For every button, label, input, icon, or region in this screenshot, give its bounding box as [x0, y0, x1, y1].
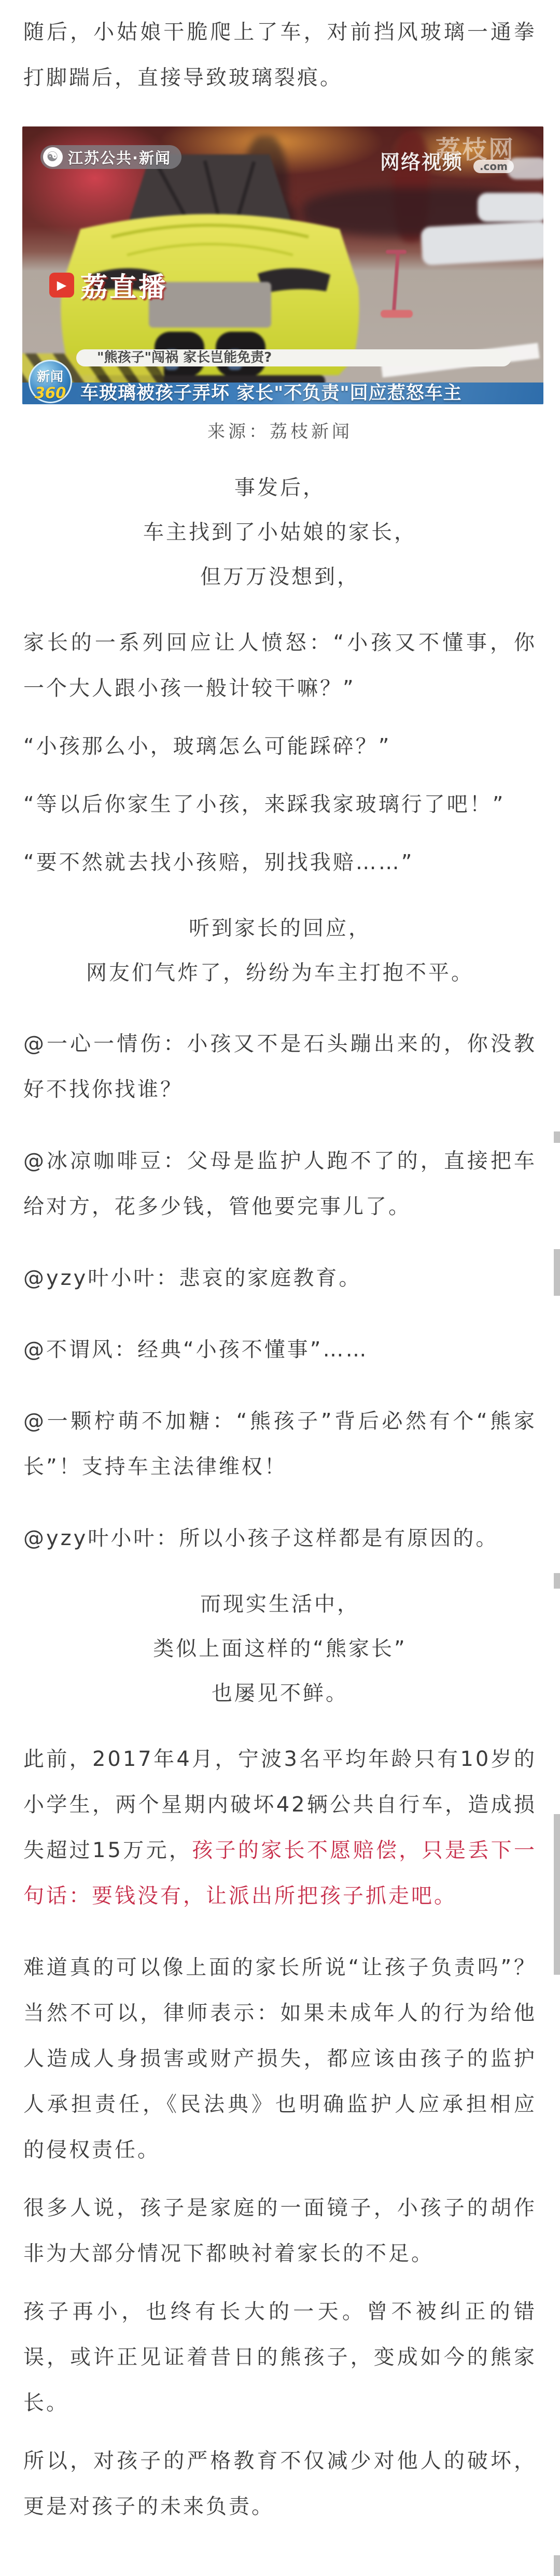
- jstv-watermark: ☯ 江苏公共·新闻: [40, 145, 181, 169]
- centered-line: 类似上面这样的“熊家长”: [23, 1626, 537, 1671]
- parent-quote-4: “要不然就去找小孩赔，别找我赔……”: [23, 840, 537, 885]
- grow-up-paragraph: 孩子再小，也终有长大的一天。曾不被纠正的错误，或许正见证着昔日的熊孩子，变成如今…: [23, 2289, 537, 2426]
- intro-paragraph: 随后，小姑娘干脆爬上了车，对前挡风玻璃一通拳打脚踹后，直接导致玻璃裂痕。: [23, 9, 537, 101]
- article-page: 随后，小姑娘干脆爬上了车，对前挡风玻璃一通拳打脚踹后，直接导致玻璃裂痕。: [0, 0, 560, 2576]
- scrollbar-fragment[interactable]: [554, 2555, 560, 2576]
- centered-block-netizens: 听到家长的回应， 网友们气炸了，纷纷为车主打抱不平。: [23, 906, 537, 995]
- centered-line: 听到家长的回应，: [23, 906, 537, 951]
- source-caption: 来源：荔枝新闻: [23, 420, 537, 444]
- banner-subheadline: 车玻璃被孩子弄坏 家长"不负责"回应惹怒车主: [22, 383, 543, 404]
- banner-headline: "熊孩子"闯祸 家长岂能免责?: [76, 349, 511, 366]
- mirror-paragraph: 很多人说，孩子是家庭的一面镜子，小孩子的胡作非为大部分情况下都映衬着家长的不足。: [23, 2185, 537, 2276]
- news360-badge-top: 新闻: [30, 366, 71, 385]
- jstv-logo-icon: ☯: [43, 147, 63, 167]
- news360-badge: 新闻 360: [29, 360, 72, 403]
- ningbo-case-paragraph: 此前，2017年4月，宁波3名平均年龄只有10岁的小学生，两个星期内破坏42辆公…: [23, 1736, 537, 1919]
- lawyer-paragraph: 难道真的可以像上面的家长所说“让孩子负责吗”？当然不可以，律师表示：如果未成年人…: [23, 1945, 537, 2173]
- lizhi-live-logo: ▶ 荔直播: [49, 265, 167, 304]
- centered-block-aftermath: 事发后， 车主找到了小姑娘的家长， 但万万没想到，: [23, 465, 537, 599]
- jstv-watermark-label: 江苏公共·新闻: [68, 147, 171, 168]
- centered-line: 车主找到了小姑娘的家长，: [23, 510, 537, 555]
- netizen-comment: @yzy叶小叶：悲哀的家庭教育。: [23, 1255, 537, 1301]
- play-icon: ▶: [49, 273, 74, 298]
- news360-badge-bottom: 360: [30, 384, 71, 402]
- kids-scooter: [372, 250, 419, 329]
- parent-quote-3: “等以后你家生了小孩，来踩我家玻璃行了吧！”: [23, 782, 537, 827]
- white-car: [478, 193, 543, 222]
- netizen-comment: @一颗柠萌不加糖：“熊孩子”背后必然有个“熊家长”！支持车主法律维权！: [23, 1398, 537, 1490]
- netizen-comment: @一心一情伤：小孩又不是石头蹦出来的，你没教好不找你找谁？: [23, 1021, 537, 1112]
- news-video-frame[interactable]: ☯ 江苏公共·新闻 ▶ 荔直播 荔枝网 网络视频 .com "熊孩子"闯祸 家长…: [22, 126, 543, 404]
- netizen-comment: @冰凉咖啡豆：父母是监护人跑不了的，直接把车给对方，花多少钱，管他要完事儿了。: [23, 1138, 537, 1229]
- scrollbar-fragment[interactable]: [554, 1131, 560, 1143]
- centered-line: 但万万没想到，: [23, 555, 537, 599]
- scrollbar-fragment[interactable]: [554, 1573, 560, 1589]
- lizhi-live-label: 荔直播: [80, 265, 167, 304]
- dot-com-badge: .com: [473, 160, 514, 173]
- centered-line: 也屡见不鲜。: [23, 1671, 537, 1716]
- closing-paragraph: 所以，对孩子的严格教育不仅减少对他人的破坏，更是对孩子的未来负责。: [23, 2438, 537, 2529]
- centered-block-reality: 而现实生活中， 类似上面这样的“熊家长” 也屡见不鲜。: [23, 1582, 537, 1716]
- white-car: [421, 221, 543, 266]
- lizhi-web-watermark: 荔枝网 网络视频 .com: [380, 130, 515, 177]
- centered-line: 网友们气炸了，纷纷为车主打抱不平。: [23, 951, 537, 995]
- web-video-label: 网络视频: [380, 146, 463, 175]
- netizen-comment: @yzy叶小叶：所以小孩子这样都是有原因的。: [23, 1516, 537, 1561]
- parent-quote-2: “小孩那么小，玻璃怎么可能踩碎？”: [23, 724, 537, 769]
- centered-line: 事发后，: [23, 465, 537, 510]
- scrollbar-fragment[interactable]: [554, 1814, 560, 1975]
- angry-reply-paragraph: 家长的一系列回应让人愤怒：“小孩又不懂事，你一个大人跟小孩一般计较干嘛？”: [23, 620, 537, 711]
- centered-line: 而现实生活中，: [23, 1582, 537, 1626]
- netizen-comment: @不谓风：经典“小孩不懂事”……: [23, 1327, 537, 1372]
- scrollbar-fragment[interactable]: [554, 1249, 560, 1296]
